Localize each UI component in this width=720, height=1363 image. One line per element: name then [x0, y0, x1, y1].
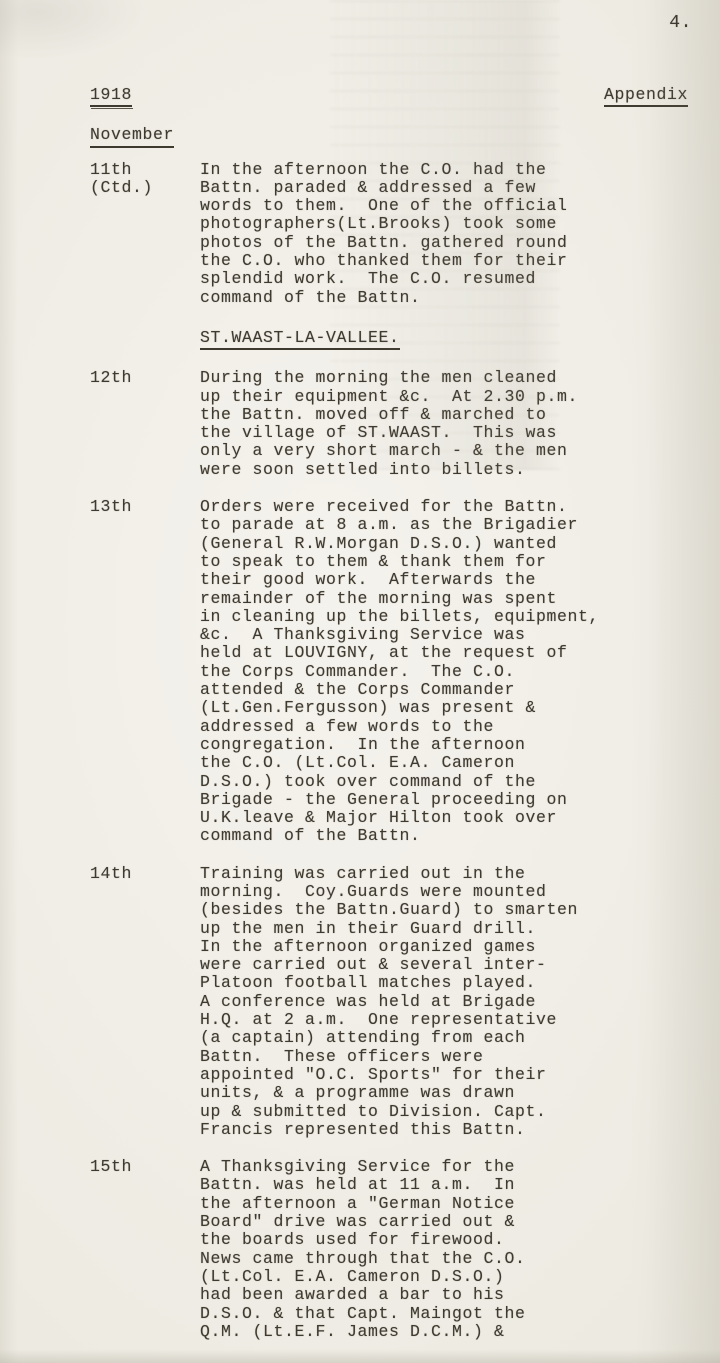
section-heading-text: ST.WAAST-LA-VALLEE. [200, 329, 400, 350]
month-row: November [90, 126, 720, 147]
appendix-label: Appendix [604, 86, 688, 107]
diary-entry: 12thDuring the morning the men cleaned u… [90, 369, 720, 479]
entry-body: During the morning the men cleaned up th… [200, 369, 630, 479]
diary-entry: 11th (Ctd.)In the afternoon the C.O. had… [90, 161, 720, 307]
diary-entry: 13thOrders were received for the Battn. … [90, 498, 720, 846]
entry-date: 13th [90, 498, 200, 846]
diary-page: 4. 1918 Appendix November 11th (Ctd.)In … [0, 0, 720, 1363]
entry-date: 12th [90, 369, 200, 479]
section-heading: ST.WAAST-LA-VALLEE. [200, 329, 720, 350]
year-label: 1918 [90, 86, 132, 107]
entry-date: 15th [90, 1158, 200, 1341]
diary-entry: 14thTraining was carried out in the morn… [90, 865, 720, 1139]
diary-entry: 15thA Thanksgiving Service for the Battn… [90, 1158, 720, 1341]
month-label: November [90, 126, 174, 147]
entry-body: Orders were received for the Battn. to p… [200, 498, 630, 846]
masthead: 1918 Appendix [0, 0, 720, 107]
entry-body: A Thanksgiving Service for the Battn. wa… [200, 1158, 630, 1341]
entry-date: 11th (Ctd.) [90, 161, 200, 307]
entries: 11th (Ctd.)In the afternoon the C.O. had… [0, 161, 720, 1342]
page-number: 4. [669, 14, 692, 32]
entry-body: In the afternoon the C.O. had the Battn.… [200, 161, 630, 307]
entry-date: 14th [90, 865, 200, 1139]
entry-body: Training was carried out in the morning.… [200, 865, 630, 1139]
